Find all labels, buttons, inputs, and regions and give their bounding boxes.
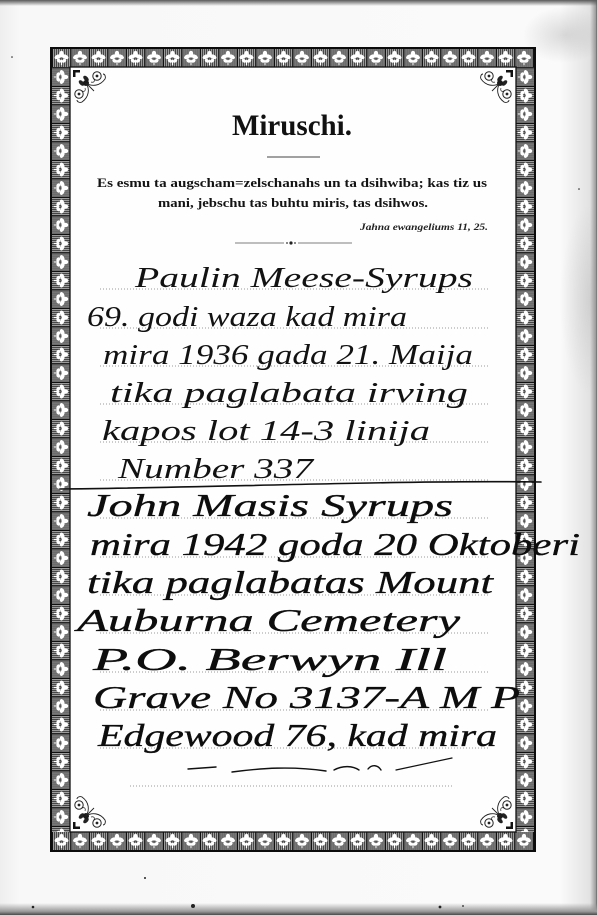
verse-line-2: mani, jebschu tas buhtu miris, tas dsihw… [158,195,428,210]
verse-citation: Jahna ewangeliums 11, 25. [359,223,488,233]
handwritten-line: Paulin Meese-Syrups [134,262,473,294]
border-bottom-leaf-band [52,832,534,850]
handwritten-line: Grave No 3137-A M P [93,679,520,715]
border-right-leaf-band [516,67,534,832]
handwritten-line: 69. godi waza kad mira [87,301,407,333]
handwritten-line: mira 1936 gada 21. Maija [103,339,473,371]
handwritten-line: Edgewood 76, kad mira [97,717,497,753]
memorial-page: Miruschi. Es esmu ta augscham=zelschanah… [0,0,597,915]
handwritten-line: Auburna Cemetery [74,602,461,638]
border-left-leaf-band [52,67,70,832]
handwritten-line: John Masis Syrups [87,487,453,523]
handwritten-line: tika paglabata irving [110,377,468,409]
verse-line-1: Es esmu ta augscham=zelschanahs un ta ds… [97,175,487,190]
page-title: Miruschi. [232,109,352,142]
border-top-leaf-band [52,49,534,67]
handwritten-line: mira 1942 goda 20 Oktoberi [90,526,580,562]
handwritten-line: Number 337 [117,453,315,485]
handwritten-line: tika paglabatas Mount [87,564,495,600]
handwritten-line: kapos lot 14-3 linija [102,415,430,447]
paper-sheet: Miruschi. Es esmu ta augscham=zelschanah… [0,0,597,915]
handwritten-line: P.O. Berwyn Ill [91,641,447,677]
